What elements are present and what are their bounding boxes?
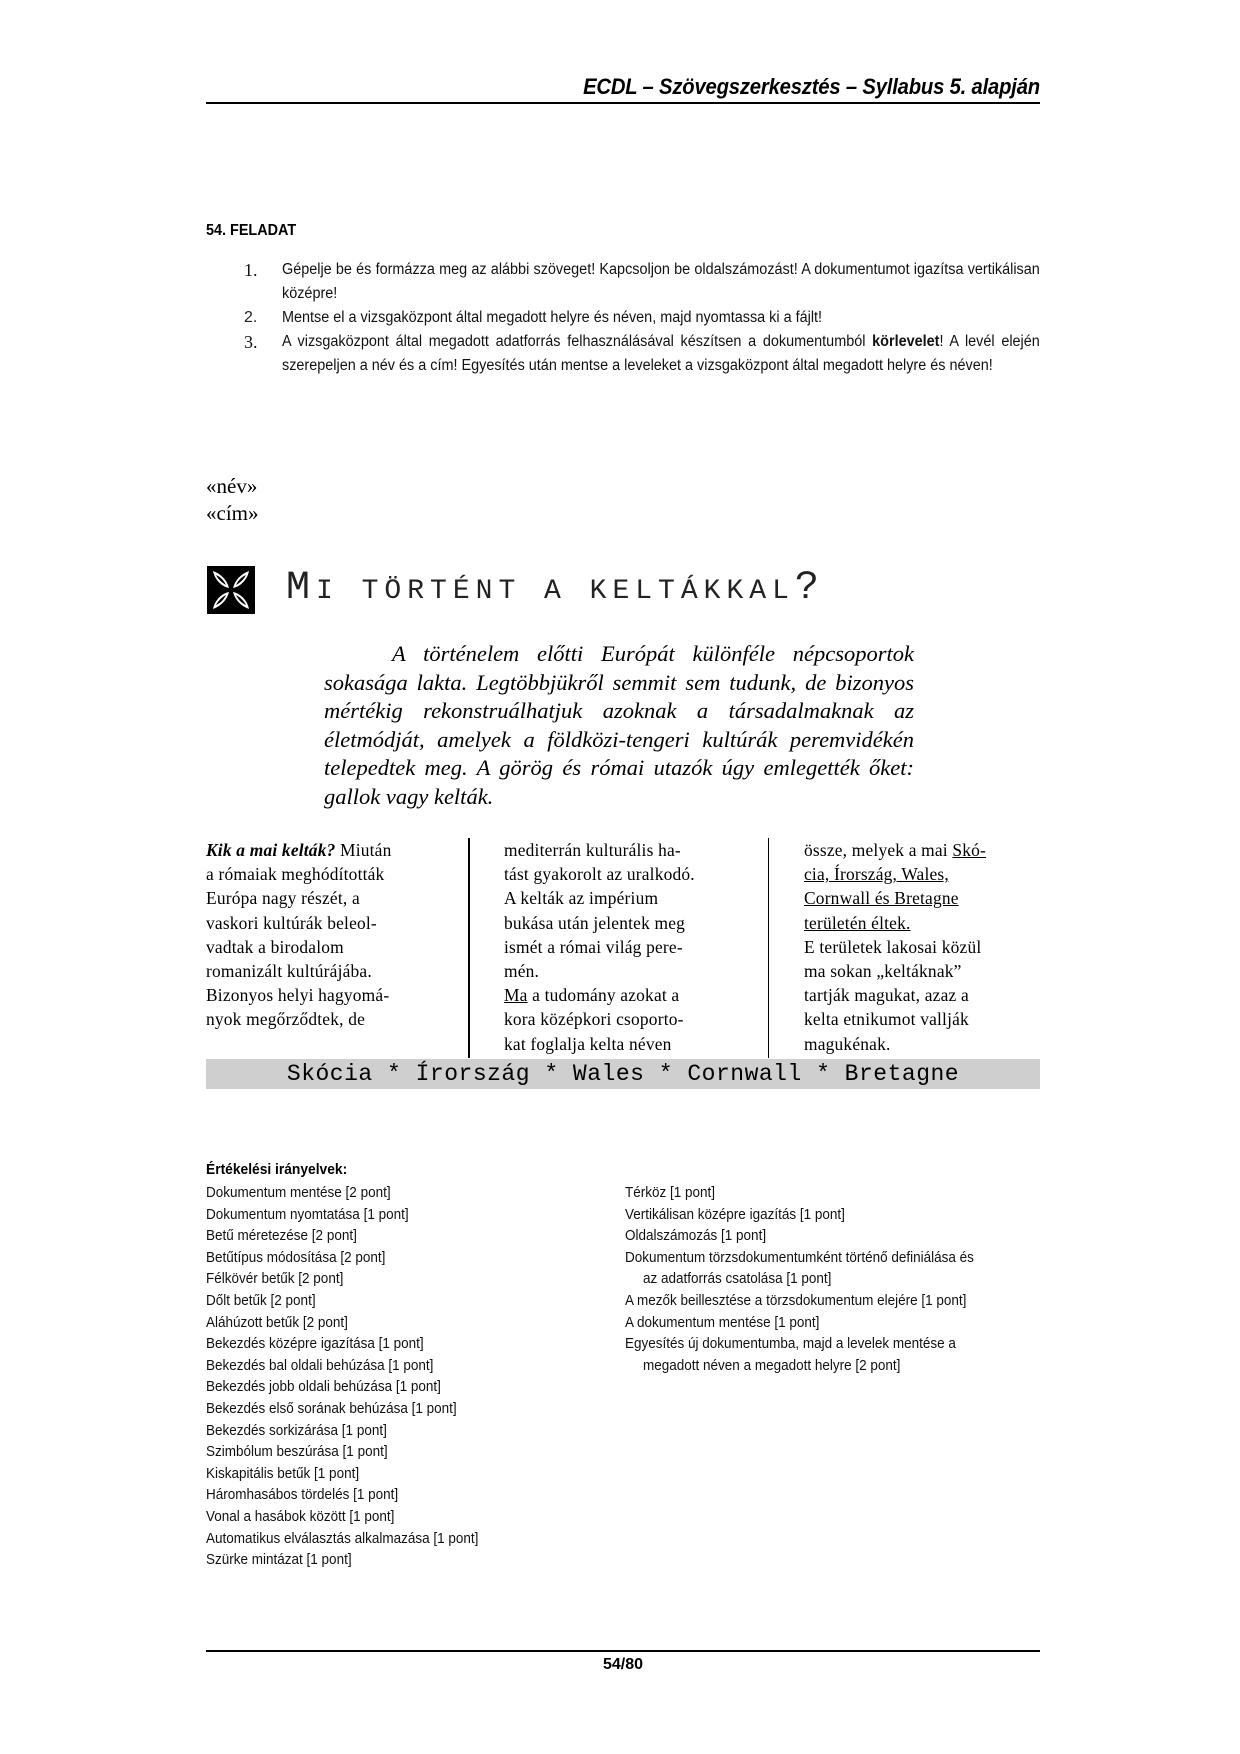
evaluation-item: Bekezdés jobb oldali behúzása [1 pont] — [206, 1376, 478, 1398]
evaluation-item: Szimbólum beszúrása [1 pont] — [206, 1441, 478, 1463]
shaded-region-band: Skócia * Írország * Wales * Cornwall * B… — [206, 1059, 1040, 1089]
column-1: Kik a mai kelták? Miután a rómaiak meghó… — [206, 838, 456, 1032]
task-text: A vizsgaközpont által megadott adatforrá… — [282, 330, 1040, 378]
evaluation-item: Bekezdés sorkizárása [1 pont] — [206, 1420, 478, 1442]
evaluation-item: A mezők beillesztése a törzsdokumentum e… — [625, 1290, 974, 1312]
evaluation-item: Dokumentum törzsdokumentumként történő d… — [625, 1247, 974, 1269]
task-number: 3. — [244, 330, 258, 354]
evaluation-item: Vertikálisan középre igazítás [1 pont] — [625, 1204, 974, 1226]
column-2: mediterrán kulturális ha- tást gyakorolt… — [504, 838, 754, 1056]
task-number: 2. — [244, 306, 257, 330]
evaluation-item: A dokumentum mentése [1 pont] — [625, 1312, 974, 1334]
evaluation-list-left: Dokumentum mentése [2 pont]Dokumentum ny… — [206, 1182, 509, 1571]
evaluation-item: Dokumentum mentése [2 pont] — [206, 1182, 478, 1204]
evaluation-item: Egyesítés új dokumentumba, majd a levele… — [625, 1333, 974, 1355]
evaluation-item-continuation: megadott néven a megadott helyre [2 pont… — [625, 1355, 974, 1377]
evaluation-item: Háromhasábos tördelés [1 pont] — [206, 1484, 478, 1506]
evaluation-item: Betűtípus módosítása [2 pont] — [206, 1247, 478, 1269]
evaluation-item: Kiskapitális betűk [1 pont] — [206, 1463, 478, 1485]
task-list: 1. Gépelje be és formázza meg az alábbi … — [240, 258, 1040, 378]
intro-paragraph: A történelem előtti Európát különféle né… — [324, 640, 914, 812]
evaluation-item: Szürke mintázat [1 pont] — [206, 1549, 478, 1571]
footer-rule — [206, 1650, 1040, 1652]
column-lead: Kik a mai kelták? — [206, 840, 335, 860]
page-number: 54/80 — [206, 1656, 1040, 1674]
evaluation-item: Térköz [1 pont] — [625, 1182, 974, 1204]
evaluation-item-continuation: az adatforrás csatolása [1 pont] — [625, 1268, 974, 1290]
task-item: 3. A vizsgaközpont által megadott adatfo… — [240, 330, 1040, 378]
page-header-title: ECDL – Szövegszerkesztés – Syllabus 5. a… — [273, 74, 1040, 100]
task-text: Mentse el a vizsgaközpont által megadott… — [282, 306, 1040, 330]
task-number: 1. — [244, 258, 258, 282]
evaluation-item: Aláhúzott betűk [2 pont] — [206, 1312, 478, 1334]
column-divider — [768, 838, 769, 1058]
evaluation-item: Vonal a hasábok között [1 pont] — [206, 1506, 478, 1528]
celtic-knot-icon — [207, 566, 255, 614]
task-text: Gépelje be és formázza meg az alábbi szö… — [282, 258, 1040, 306]
column-3: össze, melyek a mai Skó- cia, Írország, … — [804, 838, 1040, 1056]
merge-field-name: «név» — [206, 474, 257, 499]
evaluation-item: Dőlt betűk [2 pont] — [206, 1290, 478, 1312]
column-divider — [468, 838, 470, 1058]
bold-keyword: körlevelet — [872, 333, 939, 350]
evaluation-heading: Értékelési irányelvek: — [206, 1161, 347, 1178]
merge-field-address: «cím» — [206, 501, 259, 526]
evaluation-item: Oldalszámozás [1 pont] — [625, 1225, 974, 1247]
task-heading: 54. FELADAT — [206, 222, 296, 240]
evaluation-item: Automatikus elválasztás alkalmazása [1 p… — [206, 1528, 478, 1550]
evaluation-item: Félkövér betűk [2 pont] — [206, 1268, 478, 1290]
evaluation-item: Bekezdés középre igazítása [1 pont] — [206, 1333, 478, 1355]
evaluation-item: Bekezdés első sorának behúzása [1 pont] — [206, 1398, 478, 1420]
underlined-word: Ma — [504, 985, 528, 1005]
evaluation-item: Bekezdés bal oldali behúzása [1 pont] — [206, 1355, 478, 1377]
header-rule — [206, 102, 1040, 104]
evaluation-item: Dokumentum nyomtatása [1 pont] — [206, 1204, 478, 1226]
evaluation-list-right: Térköz [1 pont]Vertikálisan középre igaz… — [625, 1182, 1013, 1376]
task-item: 2. Mentse el a vizsgaközpont által megad… — [240, 306, 1040, 330]
three-column-section: Kik a mai kelták? Miután a rómaiak meghó… — [206, 838, 1040, 1058]
document-title: MI TÖRTÉNT A KELTÁKKAL? — [286, 566, 825, 611]
task-item: 1. Gépelje be és formázza meg az alábbi … — [240, 258, 1040, 306]
evaluation-item: Betű méretezése [2 pont] — [206, 1225, 478, 1247]
